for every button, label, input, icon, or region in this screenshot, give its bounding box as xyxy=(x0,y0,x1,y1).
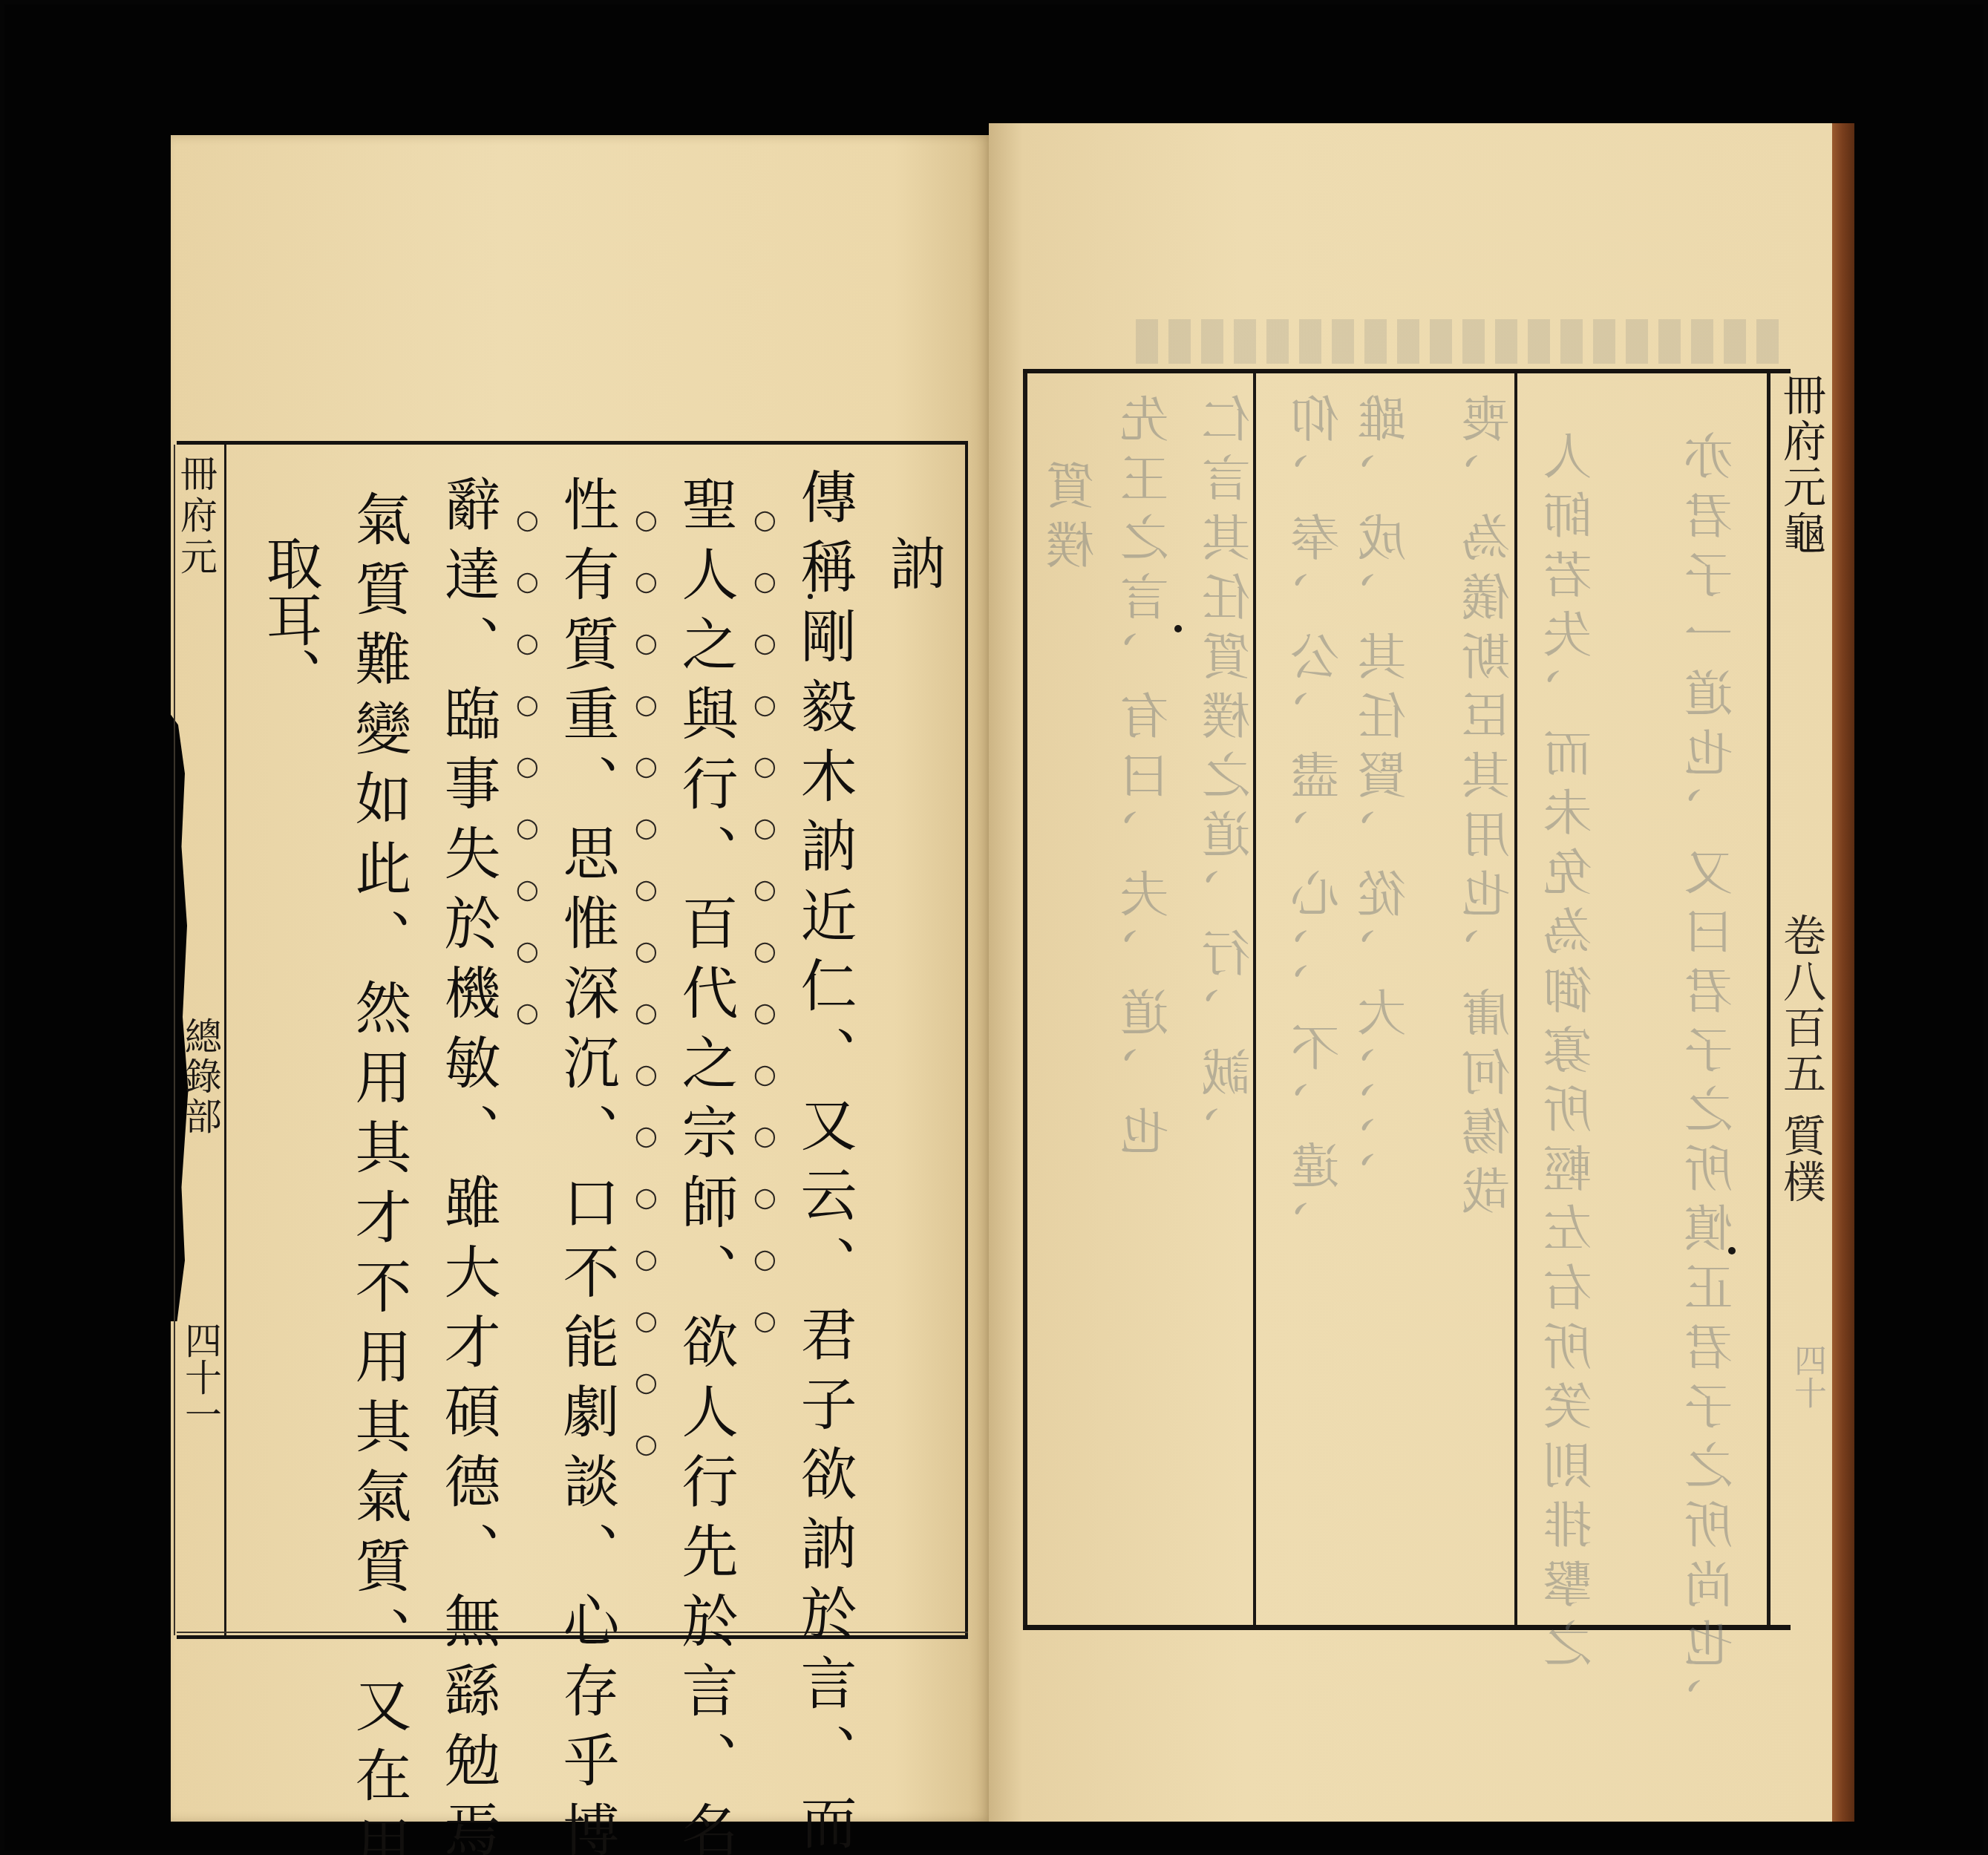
text-column-6: 取耳、 xyxy=(245,445,334,1626)
text-column-2: 聖人之與行、百代之宗師、欲人行先於言、名副其實、然而 xyxy=(661,445,750,1626)
left-margin-title: 冊府元 xyxy=(178,454,223,579)
ink-spot xyxy=(1174,625,1182,632)
right-margin-volume: 卷八百五 質樸 xyxy=(1785,913,1832,1205)
right-margin-title: 冊府元龜 xyxy=(1785,373,1832,557)
bleed-column-5: 仰、奉、公、盡、心、、不、違、 xyxy=(1284,393,1356,1260)
bleed-column-6: 仁言其任質樸之道、行、誠、 xyxy=(1195,393,1266,1165)
bleed-column-1: 亦君子一道也、又曰君子之所慎正君子之所尚也、 xyxy=(1678,431,1749,1737)
bleed-column-7: 先王之言、有曰、夫、道、也 xyxy=(1114,393,1185,1165)
text-column-5: 氣質難變如此、然用其才不用其氣質、又在用人者審 xyxy=(334,445,423,1626)
ink-spot xyxy=(808,594,813,599)
bleed-column-3: 喪、為儀斯臣其用也、庸何傷哉 xyxy=(1455,393,1526,1225)
text-column-3: 性有質重、思惟深沉、口不能劇談、心存乎博辨、造次屈於 xyxy=(542,445,631,1626)
emphasis-circles-3: ○○○○○○○○○ xyxy=(512,445,542,1626)
section-heading: 訥 xyxy=(869,445,958,1626)
book-fore-edge xyxy=(1832,123,1854,1822)
emphasis-circles-1: ○○○○○○○○○○○○○○ xyxy=(750,445,779,1626)
right-outer-rule xyxy=(1023,373,1027,1625)
text-column-1: 傳稱剛毅木訥近仁、又云、君子欲訥於言、而敏於行、斯乃 xyxy=(779,445,869,1626)
emphasis-circles-2: ○○○○○○○○○○○○○○○○ xyxy=(631,445,661,1626)
bleed-column-8: 質樸 xyxy=(1039,460,1111,579)
ink-spot xyxy=(1728,1247,1736,1254)
right-margin-page-number: 四十 xyxy=(1789,1344,1831,1409)
bleed-column-4: 雖、成、其任賢、從、大、、、、 xyxy=(1351,393,1422,1211)
left-margin-page-number: 四十一 xyxy=(186,1321,227,1433)
left-margin-section: 總錄部 xyxy=(186,1017,227,1137)
left-main-text: 訥 傳稱剛毅木訥近仁、又云、君子欲訥於言、而敏於行、斯乃 ○○○○○○○○○○○… xyxy=(371,445,958,1626)
bleed-through-top-band xyxy=(1136,319,1789,364)
bleed-column-2: 人師若失、而未免為御寡所輕左右所笑則排擊之 xyxy=(1537,431,1608,1678)
text-column-4: 辭達、臨事失於機敏、雖大才碩德、無繇勉焉、 xyxy=(423,445,512,1626)
